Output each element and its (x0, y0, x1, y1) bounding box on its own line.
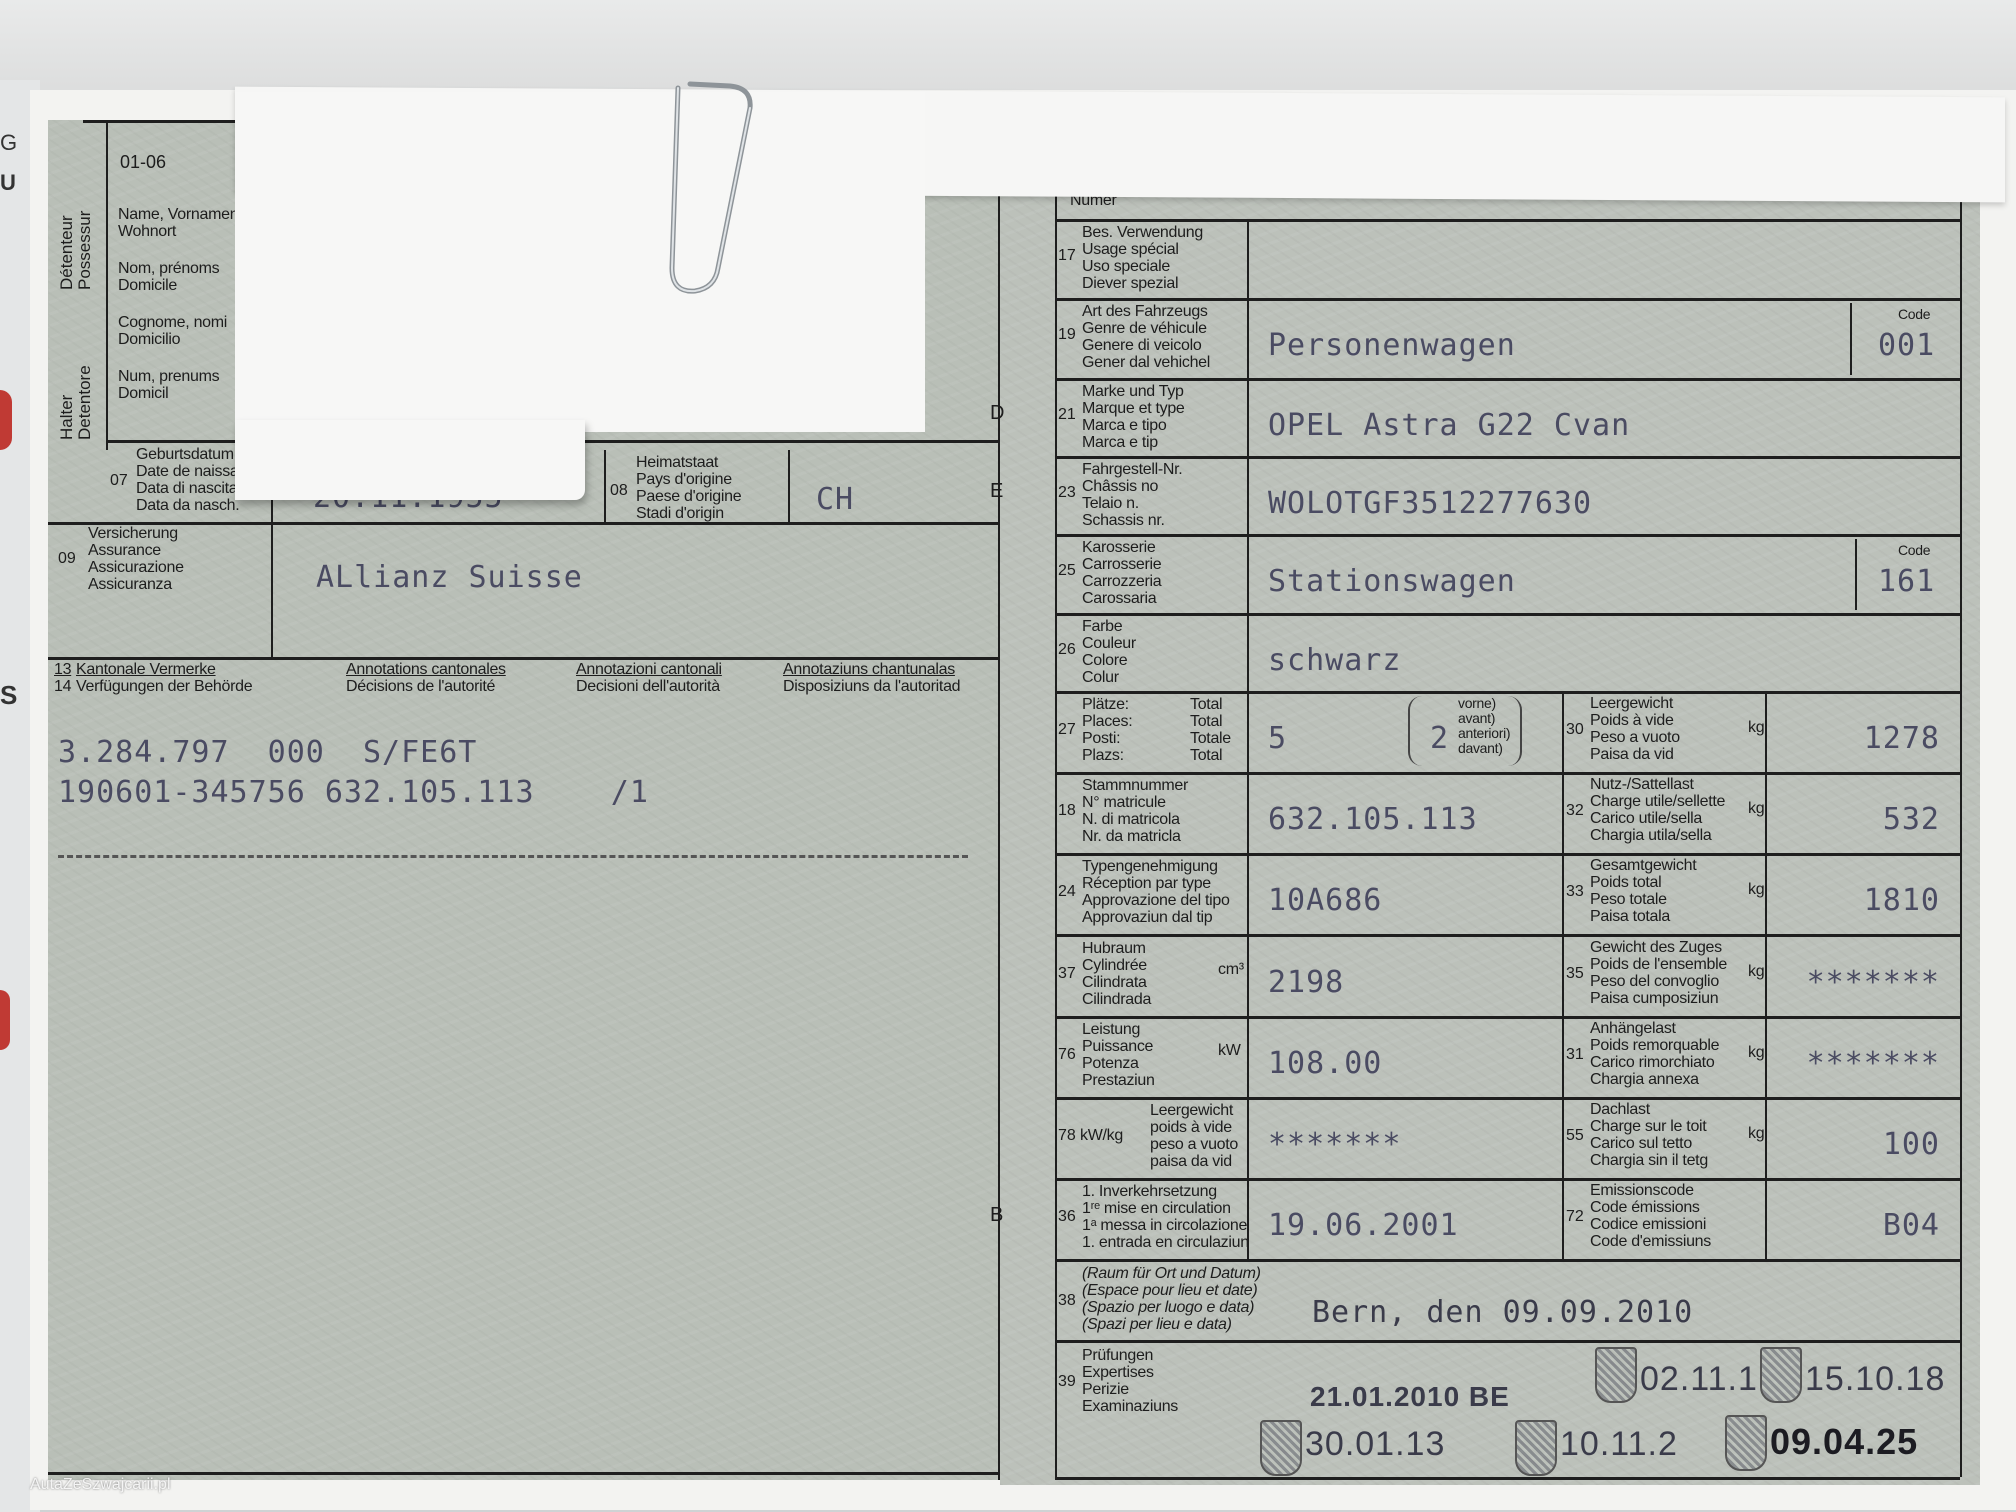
field-number: 23 (1058, 484, 1076, 502)
field-unit: cm³ (1218, 961, 1244, 978)
field-sublabels: TotalTotalTotaleTotal (1190, 696, 1231, 764)
field-value: OPEL Astra G22 Cvan (1268, 408, 1630, 443)
field-value: 5 (1268, 721, 1287, 756)
annotations-header-de: Kantonale VermerkeVerfügungen der Behörd… (76, 661, 252, 695)
field-number-39: 39 (1058, 1373, 1076, 1391)
field-labels: DachlastCharge sur le toitCarico sul tet… (1590, 1101, 1708, 1169)
paperclip-icon (660, 78, 760, 308)
field-number: 32 (1566, 802, 1584, 820)
field-number: 21 (1058, 406, 1076, 424)
field-value: ******* (1807, 1046, 1940, 1081)
field-number: 72 (1566, 1208, 1584, 1226)
field-value: 100 (1883, 1127, 1940, 1162)
field-labels: Fahrgestell-Nr.Châssis noTelaio n.Schass… (1082, 461, 1182, 529)
field-number-38: 38 (1058, 1292, 1076, 1310)
field-number: 76 (1058, 1046, 1076, 1064)
field-labels: Leergewichtpoids à videpeso a vuotopaisa… (1150, 1102, 1238, 1170)
background-top (0, 0, 2016, 95)
field-labels: Gewicht des ZugesPoids de l'ensemblePeso… (1590, 939, 1727, 1007)
annotations-header-fr: Annotations cantonalesDécisions de l'aut… (346, 661, 506, 695)
field-number-08: 08 (610, 482, 628, 500)
field-labels: EmissionscodeCode émissionsCodice emissi… (1590, 1182, 1711, 1250)
holder-label-rotated: Halter Detentore (58, 365, 94, 440)
field-number: 25 (1058, 562, 1076, 580)
holder-name-labels: Name, VornamenWohnort Nom, prénomsDomici… (118, 206, 238, 402)
field-value: schwarz (1268, 643, 1401, 678)
field-unit: kg (1748, 1125, 1764, 1142)
field-labels: 1. Inverkehrsetzung1ʳᵉ mise en circulati… (1082, 1183, 1249, 1251)
field-number: 30 (1566, 721, 1584, 739)
code-value: 161 (1878, 564, 1935, 599)
edge-red-logo (0, 390, 12, 450)
field-unit: kW (1218, 1042, 1241, 1059)
edge-fragment: U (0, 170, 16, 196)
field-number: 27 (1058, 721, 1076, 739)
edge-red-logo (0, 990, 10, 1050)
field-unit: kW/kg (1080, 1127, 1123, 1144)
field-number: 26 (1058, 641, 1076, 659)
field-labels: AnhängelastPoids remorquableCarico rimor… (1590, 1020, 1719, 1088)
field-number: 33 (1566, 883, 1584, 901)
row-prefix: E (990, 480, 1003, 503)
field-value: 632.105.113 (1268, 802, 1478, 837)
inspection-entry: 10.11.2 (1560, 1425, 1678, 1464)
field-value: 2198 (1268, 965, 1344, 1000)
field-number: 18 (1058, 802, 1076, 820)
place-date-value: Bern, den 09.09.2010 (1312, 1295, 1693, 1330)
front-seats-labels: vorne)avant)anteriori)davant) (1458, 696, 1510, 756)
inspection-entry: 21.01.2010 BE (1310, 1381, 1510, 1413)
field-number: 37 (1058, 965, 1076, 983)
code-label: Code (1898, 542, 1930, 559)
annotation-end-dashes (58, 855, 968, 858)
code-value: 001 (1878, 328, 1935, 363)
field-unit: kg (1748, 719, 1764, 736)
field-unit: kg (1748, 800, 1764, 817)
field-number: 24 (1058, 883, 1076, 901)
field-number: 19 (1058, 326, 1076, 344)
field-value: 108.00 (1268, 1046, 1382, 1081)
inspection-entry: 15.10.18 (1805, 1360, 1945, 1399)
edge-fragment: S (0, 680, 17, 711)
field-unit: kg (1748, 1044, 1764, 1061)
field-value: Personenwagen (1268, 328, 1516, 363)
field-unit: kg (1748, 881, 1764, 898)
field-number: 35 (1566, 965, 1584, 983)
canton-stamp-icon (1595, 1347, 1637, 1403)
field-value: 19.06.2001 (1268, 1208, 1459, 1243)
field-labels: FarbeCouleurColoreColur (1082, 618, 1136, 686)
field-number: 36 (1058, 1208, 1076, 1226)
annotation-line-2: 190601-345756 632.105.113 /1 (58, 775, 649, 810)
canton-stamp-icon (1725, 1415, 1767, 1471)
field-value: 10A686 (1268, 883, 1382, 918)
origin-labels: HeimatstaatPays d'origine Paese d'origin… (636, 454, 741, 522)
field-number-09: 09 (58, 550, 76, 568)
canton-stamp-icon (1260, 1420, 1302, 1476)
insurance-value: ALlianz Suisse (316, 560, 583, 595)
annotations-header-rm: Annotaziuns chantunalasDisposiziuns da l… (783, 661, 960, 695)
code-label: Code (1898, 306, 1930, 323)
field-number: 17 (1058, 247, 1076, 265)
field-labels: HubraumCylindréeCilindrataCilindrada (1082, 940, 1151, 1008)
field-number-01-06: 01-06 (120, 152, 166, 173)
inspection-entry: 02.11.1 (1640, 1360, 1758, 1399)
annotations-numbers: 1314 (54, 661, 71, 695)
field-value: 1278 (1864, 721, 1940, 756)
field-number: 55 (1566, 1127, 1584, 1145)
origin-value: CH (816, 482, 854, 517)
canton-stamp-icon (1515, 1420, 1557, 1476)
cover-card-tab (235, 420, 585, 500)
cover-card (235, 92, 925, 432)
field-labels: LeistungPuissancePotenzaPrestaziun (1082, 1021, 1155, 1089)
field-labels: TypengenehmigungRéception par typeApprov… (1082, 858, 1230, 926)
field-value: ******* (1807, 965, 1940, 1000)
field-labels: Marke und TypMarque et typeMarca e tipoM… (1082, 383, 1185, 451)
field-labels: Art des FahrzeugsGenre de véhiculeGenere… (1082, 303, 1210, 371)
field-labels: GesamtgewichtPoids totalPeso totalePaisa… (1590, 857, 1696, 925)
field-labels: LeergewichtPoids à videPeso a vuotoPaisa… (1590, 695, 1680, 763)
edge-fragment: G (0, 130, 17, 156)
field-value: WOLOTGF3512277630 (1268, 486, 1592, 521)
field-labels: Plätze:Places:Posti:Plazs: (1082, 696, 1132, 764)
row-prefix: D (990, 402, 1004, 425)
inspection-entry: 30.01.13 (1305, 1425, 1445, 1464)
field-number: 78 (1058, 1127, 1076, 1145)
registration-right-panel: TargaNumer BE 69129 Weiss 17Bes. Verwend… (1000, 185, 1980, 1485)
field-labels: Bes. VerwendungUsage spécialUso speciale… (1082, 224, 1203, 292)
insurance-labels: VersicherungAssurance AssicurazioneAssic… (88, 525, 184, 593)
field-labels: KarosserieCarrosserieCarrozzeriaCarossar… (1082, 539, 1161, 607)
field-unit: kg (1748, 963, 1764, 980)
annotations-header-it: Annotazioni cantonaliDecisioni dell'auto… (576, 661, 722, 695)
field-labels: StammnummerN° matriculeN. di matricolaNr… (1082, 777, 1188, 845)
annotation-line-1: 3.284.797 000 S/FE6T (58, 735, 477, 770)
row-prefix: B (990, 1204, 1003, 1227)
field-labels: Nutz-/SattellastCharge utile/selletteCar… (1590, 776, 1725, 844)
place-date-labels: (Raum für Ort und Datum)(Espace pour lie… (1082, 1265, 1261, 1333)
front-seats-value: 2 (1430, 721, 1449, 756)
field-value: B04 (1883, 1208, 1940, 1243)
field-value: 1810 (1864, 883, 1940, 918)
inspection-entry: 09.04.25 (1770, 1421, 1918, 1463)
inspection-labels: PrüfungenExpertises PerizieExaminaziuns (1082, 1347, 1178, 1415)
field-number: 31 (1566, 1046, 1584, 1064)
field-number-07: 07 (110, 472, 128, 490)
watermark: AutaZeSzwajcarii.pl (30, 1476, 171, 1494)
field-value: ******* (1268, 1127, 1401, 1162)
field-value: Stationswagen (1268, 564, 1516, 599)
field-value: 532 (1883, 802, 1940, 837)
holder-label-rotated-2: Détenteur Possessur (58, 211, 94, 290)
canton-stamp-icon (1760, 1347, 1802, 1403)
